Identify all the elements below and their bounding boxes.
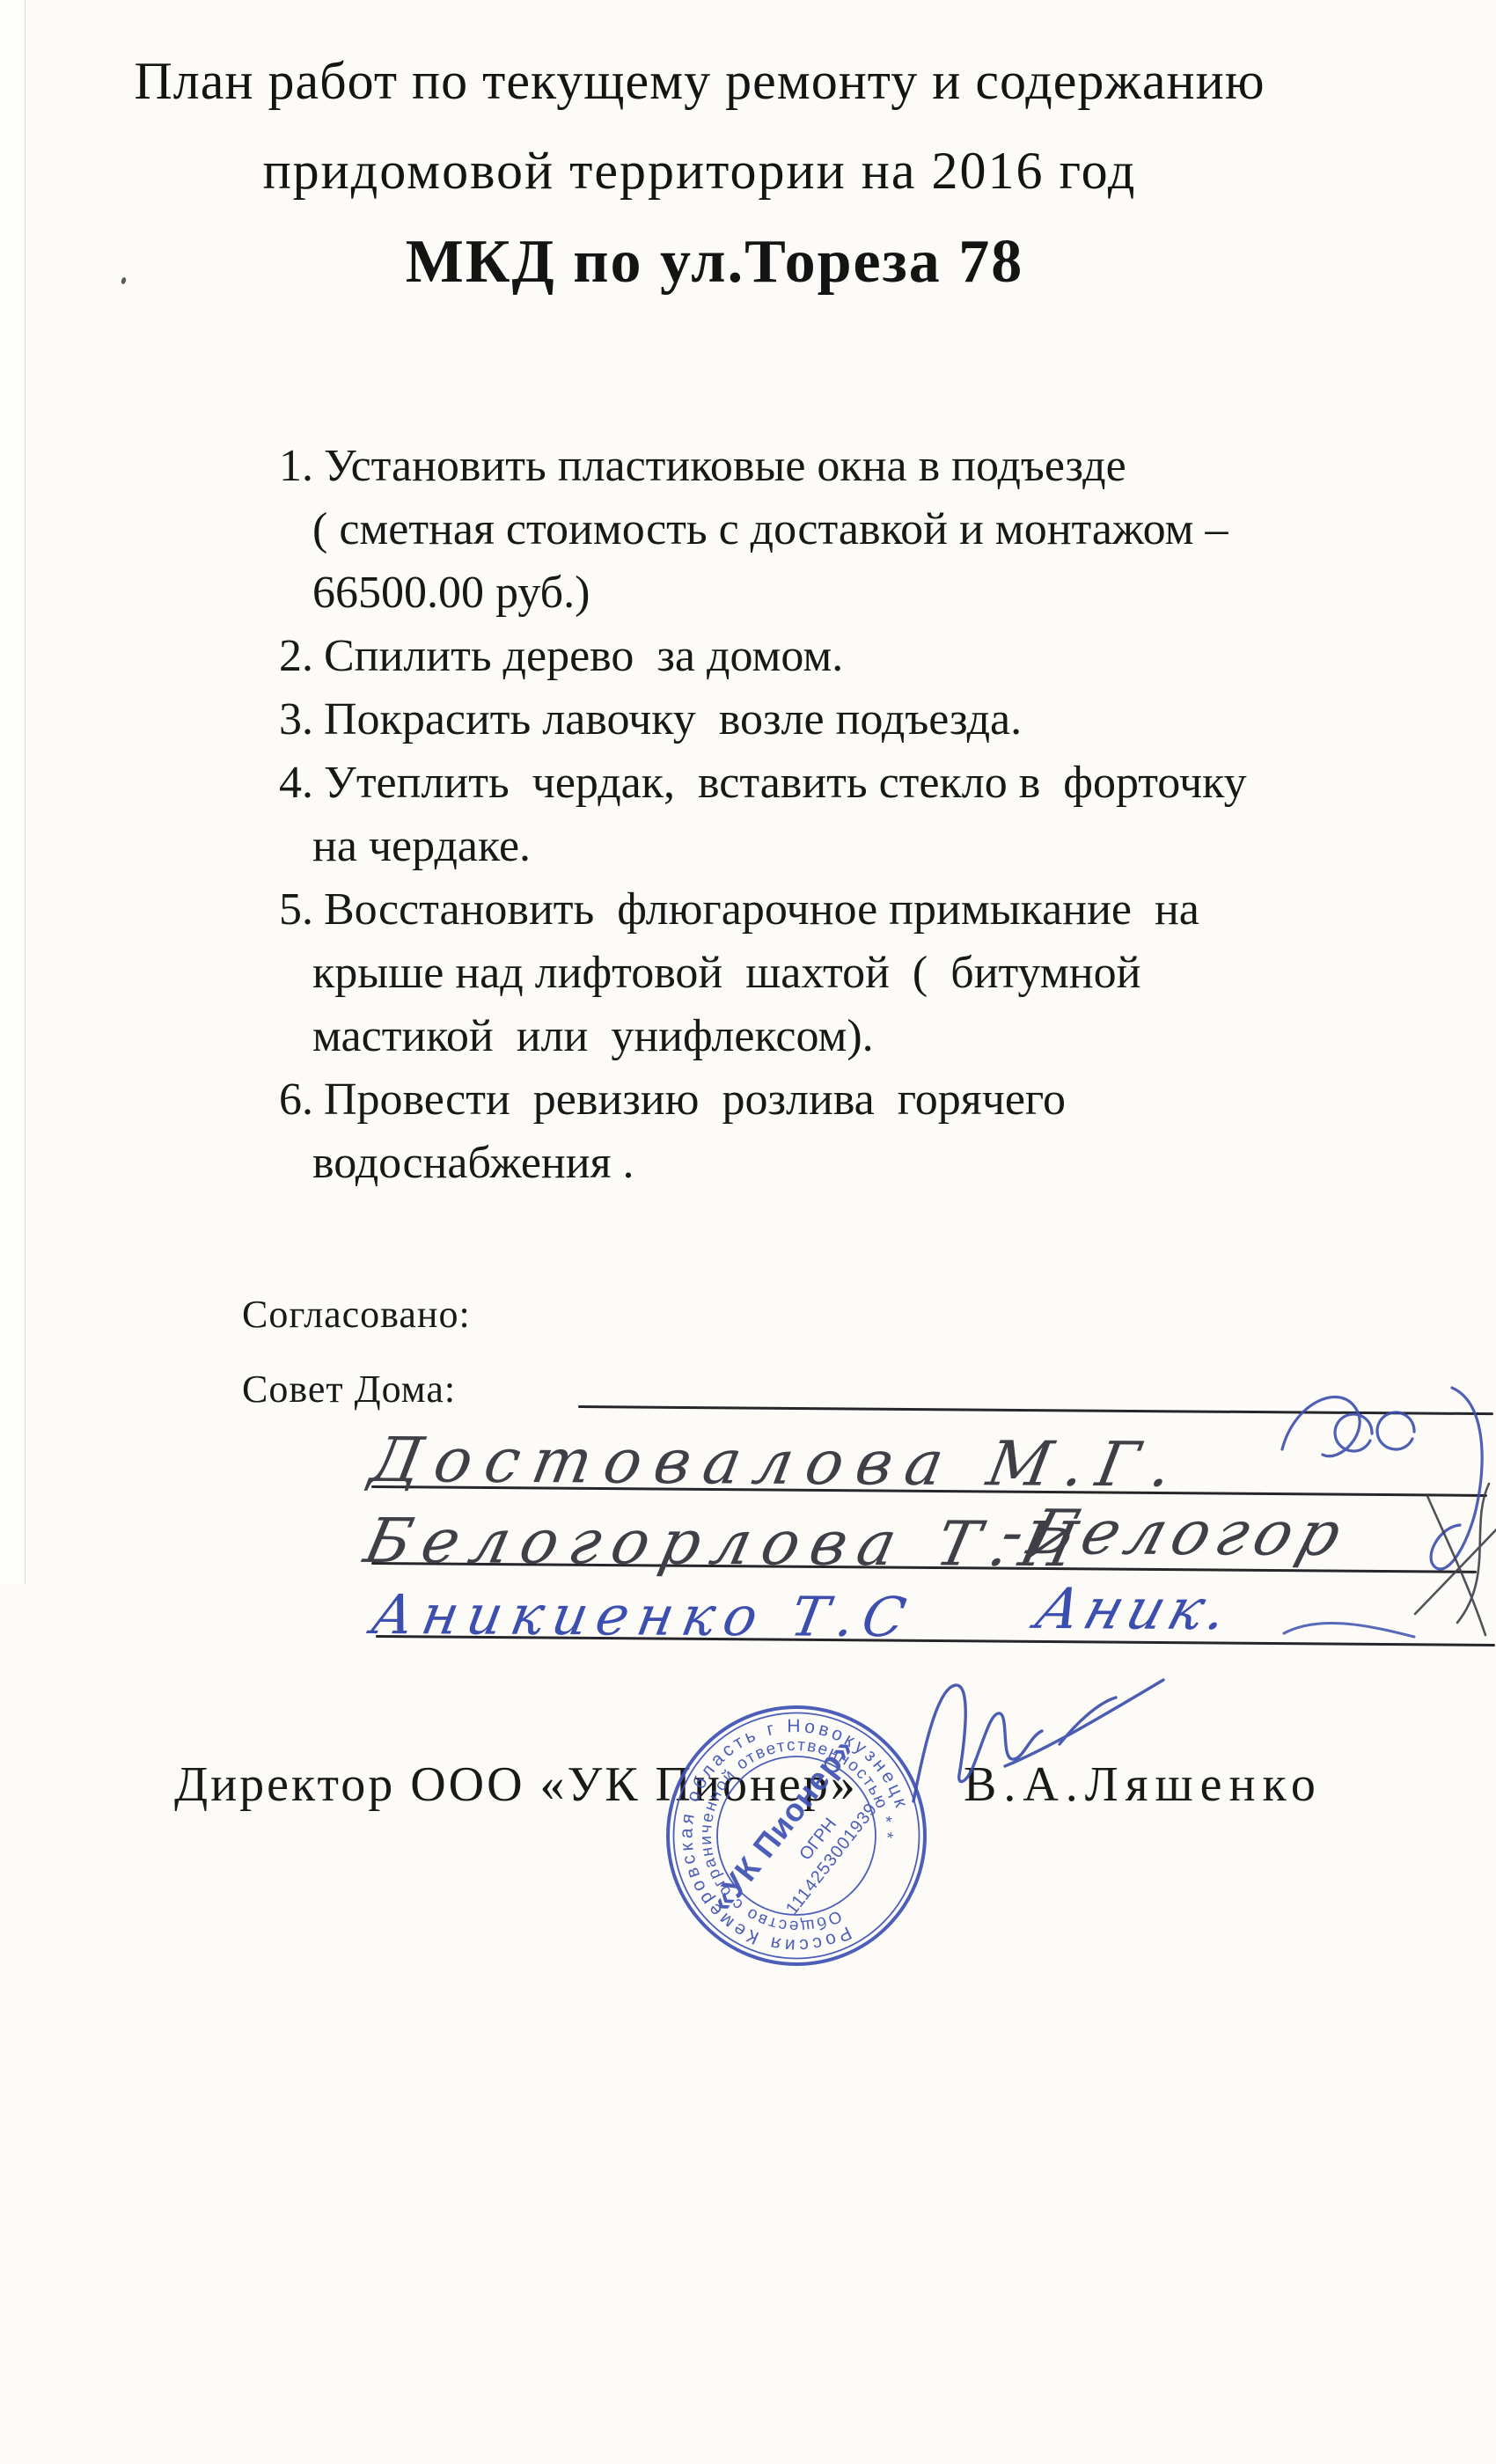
page-title-line-3: МКД по ул.Тореза 78 (0, 227, 1463, 297)
agreed-label: Согласовано: (242, 1292, 471, 1337)
item-number: 4. (279, 752, 324, 815)
item-line: крыше над лифтовой шахтой ( битумной (312, 948, 1140, 998)
work-plan-item: 6.Провести ревизию розлива горячеговодос… (279, 1068, 1414, 1195)
work-plan-item: 4.Утеплить чердак, вставить стекло в фор… (279, 752, 1414, 878)
work-plan-list: 1.Установить пластиковые окна в подъезде… (279, 435, 1414, 1195)
item-line: Установить пластиковые окна в подъезде (324, 441, 1126, 491)
document-page: План работ по текущему ремонту и содержа… (0, 0, 1496, 2464)
item-number: 3. (279, 688, 324, 752)
work-plan-item: 1.Установить пластиковые окна в подъезде… (279, 435, 1414, 625)
signature-flourish-dark (1408, 1471, 1496, 1647)
item-line: ( сметная стоимость с доставкой и монтаж… (312, 504, 1228, 554)
item-line: водоснабжения . (312, 1138, 634, 1188)
item-line: Спилить дерево за домом. (324, 631, 843, 681)
signature-name-1: Достовалова М.Г. (365, 1424, 1191, 1501)
work-plan-item: 3.Покрасить лавочку возле подъезда. (279, 688, 1414, 752)
item-number: 1. (279, 435, 324, 498)
item-line: на чердаке. (312, 821, 531, 871)
signature-name-2: Белогорлова Т.И (358, 1505, 1094, 1580)
page-title-line-1: План работ по текущему ремонту и содержа… (0, 51, 1448, 112)
work-plan-item: 2.Спилить дерево за домом. (279, 625, 1414, 688)
page-title-line-2: придомовой территории на 2016 год (0, 141, 1448, 202)
item-number: 2. (279, 625, 324, 688)
item-line: Восстановить флюгарочное примыкание на (324, 884, 1199, 935)
signature-swash-blue (1280, 1609, 1421, 1653)
signature-tail-3: Аник. (1028, 1577, 1241, 1643)
work-plan-item: 5.Восстановить флюгарочное примыкание на… (279, 878, 1414, 1068)
item-line: мастикой или унифлексом). (312, 1011, 874, 1061)
item-line: 66500.00 руб.) (312, 568, 590, 618)
item-line: Провести ревизию розлива горячего (324, 1074, 1066, 1125)
item-line: Покрасить лавочку возле подъезда. (324, 694, 1022, 744)
council-label: Совет Дома: (242, 1367, 456, 1412)
item-line: Утеплить чердак, вставить стекло в форто… (324, 758, 1247, 808)
item-number: 6. (279, 1068, 324, 1132)
item-number: 5. (279, 878, 324, 942)
director-signature-scribble (871, 1659, 1188, 1813)
signature-name-3: Аникиенко Т.С (367, 1582, 920, 1649)
